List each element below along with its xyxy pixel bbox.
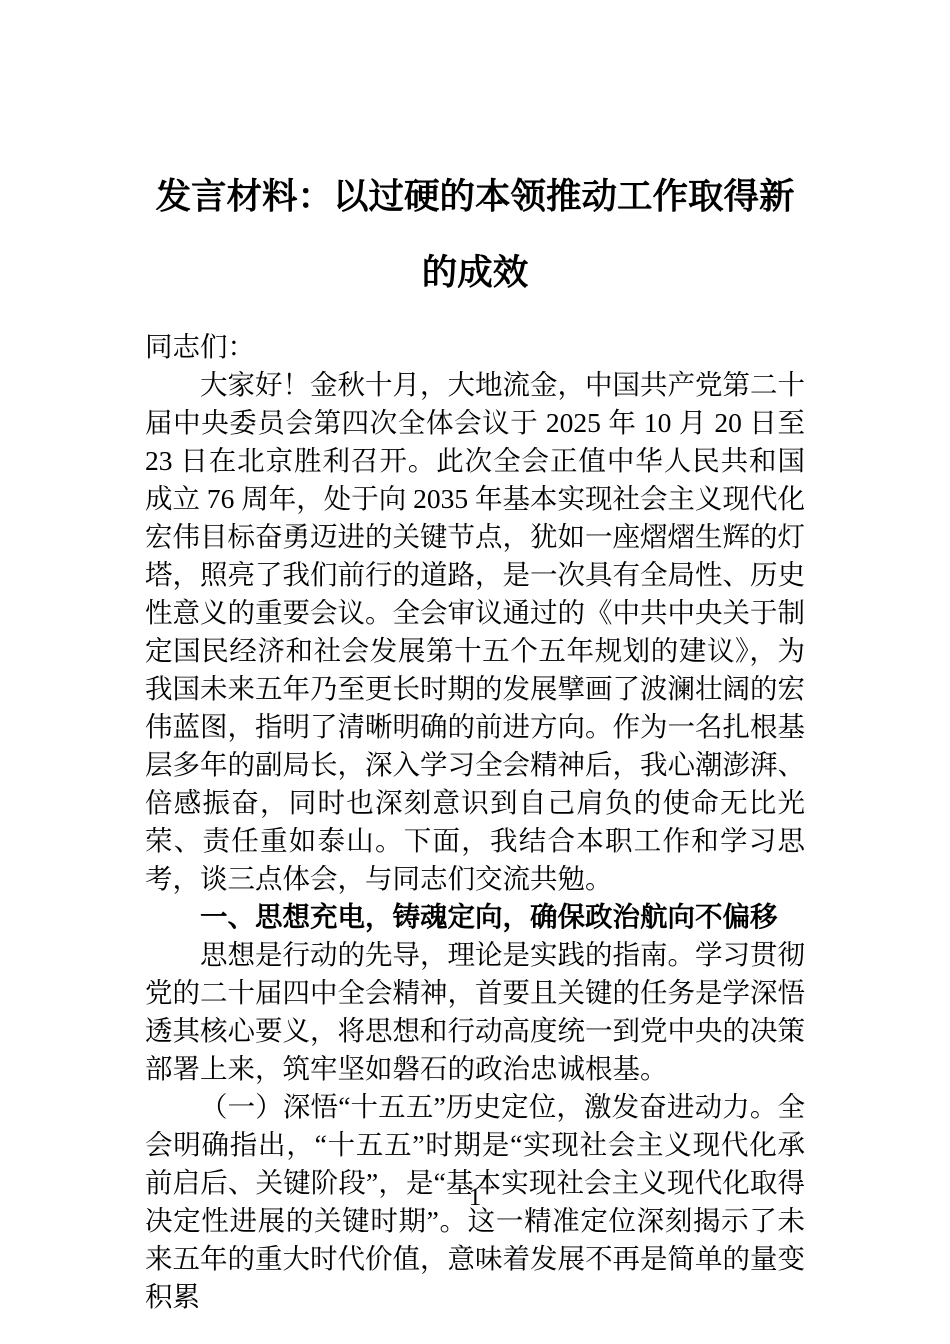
- section-heading-1: 一、思想充电，铸魂定向，确保政治航向不偏移: [145, 898, 805, 936]
- salutation: 同志们：: [145, 328, 805, 366]
- paragraph-opening: 大家好！金秋十月，大地流金，中国共产党第二十届中央委员会第四次全体会议于 202…: [145, 366, 805, 898]
- paragraph-ideology: 思想是行动的先导，理论是实践的指南。学习贯彻党的二十届四中全会精神，首要且关键的…: [145, 936, 805, 1088]
- document-body: 同志们： 大家好！金秋十月，大地流金，中国共产党第二十届中央委员会第四次全体会议…: [145, 328, 805, 1316]
- document-title: 发言材料：以过硬的本领推动工作取得新的成效: [145, 158, 805, 310]
- document-page: 发言材料：以过硬的本领推动工作取得新的成效 同志们： 大家好！金秋十月，大地流金…: [0, 0, 950, 1344]
- page-number: 1: [0, 1182, 950, 1214]
